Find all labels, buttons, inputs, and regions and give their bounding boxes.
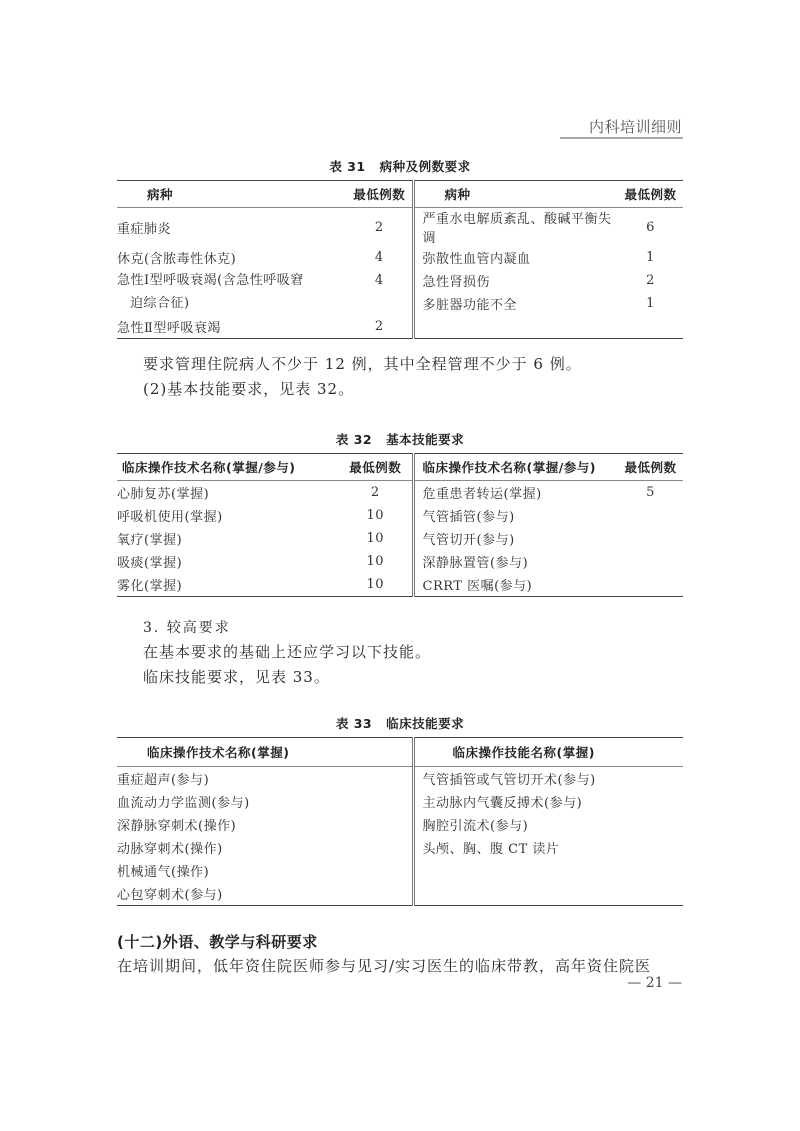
table32-caption: 表 32基本技能要求	[117, 430, 683, 448]
cell-name-line1: 急性Ⅰ型呼吸衰竭(含急性呼吸窘	[117, 273, 304, 288]
cell-empty	[618, 315, 683, 339]
cell-count	[618, 573, 683, 597]
cell-count	[618, 504, 683, 527]
cell-right	[413, 859, 683, 882]
cell-left: 动脉穿刺术(操作)	[117, 836, 413, 859]
cell-name: 危重患者转运(掌握)	[413, 481, 618, 505]
paragraph: 在培训期间，低年资住院医师参与见习/实习医生的临床带教，高年资住院医	[117, 955, 651, 976]
table33-title: 临床技能要求	[386, 716, 464, 731]
cell-count: 10	[339, 550, 413, 573]
cell-name: 呼吸机使用(掌握)	[117, 504, 339, 527]
cell-name: 雾化(掌握)	[117, 573, 339, 597]
cell-count: 4	[347, 246, 413, 269]
cell-count	[618, 550, 683, 573]
cell-count: 5	[618, 481, 683, 505]
table32-header-count-left: 最低例数	[339, 454, 413, 481]
table-row: 重症超声(参与) 气管插管或气管切开术(参与)	[117, 767, 683, 791]
table-row: 动脉穿刺术(操作) 头颅、胸、腹 CT 读片	[117, 836, 683, 859]
cell-count: 4	[347, 269, 413, 315]
page-number: — 21 —	[600, 975, 682, 991]
table-row: 心肺复苏(掌握) 2 危重患者转运(掌握) 5	[117, 481, 683, 505]
table31-header-count-left: 最低例数	[347, 181, 413, 208]
table-row: 深静脉穿刺术(操作) 胸腔引流术(参与)	[117, 813, 683, 836]
cell-count: 10	[339, 573, 413, 597]
cell-name: 多脏器功能不全	[413, 292, 618, 315]
cell-left: 血流动力学监测(参与)	[117, 790, 413, 813]
table31-header-name-right: 病种	[413, 181, 618, 208]
paragraph: 在基本要求的基础上还应学习以下技能。	[143, 641, 431, 662]
section-heading: 3. 较高要求	[143, 617, 231, 637]
table31-header-count-right: 最低例数	[618, 181, 683, 208]
cell-name: 氧疗(掌握)	[117, 527, 339, 550]
cell-name-line2: 迫综合征)	[117, 292, 347, 315]
table32: 临床操作技术名称(掌握/参与) 最低例数 临床操作技术名称(掌握/参与) 最低例…	[117, 453, 683, 597]
cell-count: 10	[339, 527, 413, 550]
table32-number: 表 32	[336, 432, 372, 447]
table31-header-row: 病种 最低例数 病种 最低例数	[117, 181, 683, 208]
cell-name: 吸痰(掌握)	[117, 550, 339, 573]
cell-count: 1	[618, 246, 683, 269]
cell-count: 2	[347, 208, 413, 247]
running-head: 内科培训细则	[560, 116, 682, 137]
table-row: 重症肺炎 2 严重水电解质紊乱、酸碱平衡失调 6	[117, 208, 683, 247]
cell-right: 头颅、胸、腹 CT 读片	[413, 836, 683, 859]
cell-left: 深静脉穿刺术(操作)	[117, 813, 413, 836]
table-row: 急性Ⅱ型呼吸衰竭 2	[117, 315, 683, 339]
table-row: 急性Ⅰ型呼吸衰竭(含急性呼吸窘 迫综合征) 4 急性肾损伤 2	[117, 269, 683, 292]
table32-header-row: 临床操作技术名称(掌握/参与) 最低例数 临床操作技术名称(掌握/参与) 最低例…	[117, 454, 683, 481]
cell-right: 气管插管或气管切开术(参与)	[413, 767, 683, 791]
table31-header-name-left: 病种	[117, 181, 347, 208]
cell-name: 严重水电解质紊乱、酸碱平衡失调	[413, 208, 618, 247]
table31: 病种 最低例数 病种 最低例数 重症肺炎 2 严重水电解质紊乱、酸碱平衡失调 6…	[117, 180, 683, 339]
cell-name: CRRT 医嘱(参与)	[413, 573, 618, 597]
table31-title: 病种及例数要求	[380, 159, 471, 174]
cell-empty	[413, 315, 618, 339]
table-row: 呼吸机使用(掌握) 10 气管插管(参与)	[117, 504, 683, 527]
table33-header-row: 临床操作技术名称(掌握) 临床操作技能名称(掌握)	[117, 738, 683, 767]
cell-name: 气管插管(参与)	[413, 504, 618, 527]
table32-header-name-right: 临床操作技术名称(掌握/参与)	[413, 454, 618, 481]
cell-name: 心肺复苏(掌握)	[117, 481, 339, 505]
table32-header-count-right: 最低例数	[618, 454, 683, 481]
running-head-rule	[560, 137, 683, 139]
cell-name: 重症肺炎	[117, 208, 347, 247]
table31-number: 表 31	[329, 159, 365, 174]
table33-header-right: 临床操作技能名称(掌握)	[413, 738, 683, 767]
table33-caption: 表 33临床技能要求	[117, 714, 683, 732]
table33-number: 表 33	[336, 716, 372, 731]
section-heading: (十二)外语、教学与科研要求	[117, 931, 318, 952]
table31-caption: 表 31病种及例数要求	[117, 157, 683, 175]
cell-count: 2	[347, 315, 413, 339]
table-row: 休克(含脓毒性休克) 4 弥散性血管内凝血 1	[117, 246, 683, 269]
cell-count: 10	[339, 504, 413, 527]
cell-name: 气管切开(参与)	[413, 527, 618, 550]
cell-right: 主动脉内气囊反搏术(参与)	[413, 790, 683, 813]
cell-count: 2	[618, 269, 683, 292]
table-row: 机械通气(操作)	[117, 859, 683, 882]
cell-name: 急性Ⅱ型呼吸衰竭	[117, 315, 347, 339]
cell-left: 机械通气(操作)	[117, 859, 413, 882]
cell-right	[413, 882, 683, 906]
paragraph: 要求管理住院病人不少于 12 例，其中全程管理不少于 6 例。	[143, 353, 582, 374]
cell-name: 休克(含脓毒性休克)	[117, 246, 347, 269]
cell-name: 急性肾损伤	[413, 269, 618, 292]
paragraph: (2)基本技能要求，见表 32。	[143, 378, 354, 399]
cell-count: 1	[618, 292, 683, 315]
table-row: 氧疗(掌握) 10 气管切开(参与)	[117, 527, 683, 550]
cell-name: 深静脉置管(参与)	[413, 550, 618, 573]
cell-name: 急性Ⅰ型呼吸衰竭(含急性呼吸窘 迫综合征)	[117, 269, 347, 315]
cell-count: 6	[618, 208, 683, 247]
table-row: 心包穿刺术(参与)	[117, 882, 683, 906]
table-row: 雾化(掌握) 10 CRRT 医嘱(参与)	[117, 573, 683, 597]
table33: 临床操作技术名称(掌握) 临床操作技能名称(掌握) 重症超声(参与) 气管插管或…	[117, 737, 683, 906]
table33-header-left: 临床操作技术名称(掌握)	[117, 738, 413, 767]
table-row: 吸痰(掌握) 10 深静脉置管(参与)	[117, 550, 683, 573]
cell-left: 重症超声(参与)	[117, 767, 413, 791]
cell-count	[618, 527, 683, 550]
cell-count: 2	[339, 481, 413, 505]
cell-name: 弥散性血管内凝血	[413, 246, 618, 269]
table32-header-name-left: 临床操作技术名称(掌握/参与)	[117, 454, 339, 481]
paragraph: 临床技能要求，见表 33。	[143, 666, 330, 687]
cell-left: 心包穿刺术(参与)	[117, 882, 413, 906]
cell-right: 胸腔引流术(参与)	[413, 813, 683, 836]
table32-title: 基本技能要求	[386, 432, 464, 447]
table-row: 血流动力学监测(参与) 主动脉内气囊反搏术(参与)	[117, 790, 683, 813]
